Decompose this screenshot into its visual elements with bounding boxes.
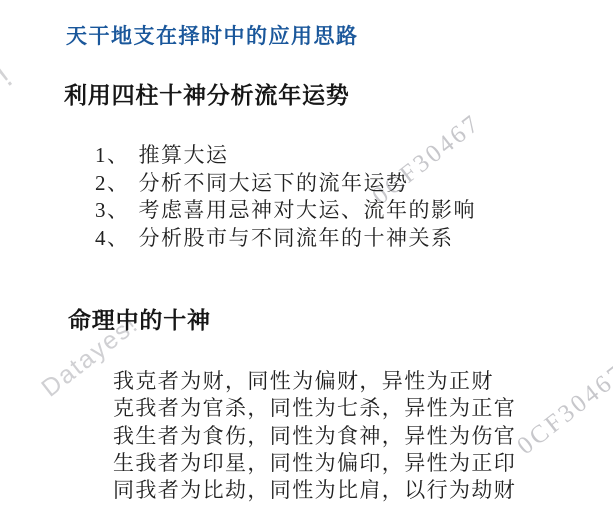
list-item-text: 推算大运 (139, 143, 229, 167)
paragraph-line: 同我者为比劫，同性为比肩，以行为劫财 (113, 477, 516, 504)
list-item: 3、考虑喜用忌神对大运、流年的影响 (95, 197, 476, 225)
list-item: 1、推算大运 (95, 142, 476, 170)
paragraph-line: 克我者为官杀，同性为七杀，异性为正官 (113, 395, 516, 422)
list-item-number: 3、 (95, 198, 130, 222)
page-title: 天干地支在择时中的应用思路 (66, 20, 359, 50)
section-heading-ten-gods: 命理中的十神 (68, 302, 211, 335)
list-item-number: 1、 (95, 143, 130, 167)
list-item-text: 分析股市与不同流年的十神关系 (139, 226, 454, 250)
list-item: 4、分析股市与不同流年的十神关系 (95, 225, 476, 253)
list-item: 2、分析不同大运下的流年运势 (95, 170, 476, 198)
paragraph-line: 生我者为印星，同性为偏印，异性为正印 (113, 450, 516, 477)
list-item-number: 2、 (95, 171, 130, 195)
numbered-list: 1、推算大运 2、分析不同大运下的流年运势 3、考虑喜用忌神对大运、流年的影响 … (95, 142, 476, 252)
paragraph-line: 我生者为食伤，同性为食神，异性为伤官 (113, 423, 516, 450)
list-item-text: 考虑喜用忌神对大运、流年的影响 (139, 198, 477, 222)
paragraph-line: 我克者为财，同性为偏财，异性为正财 (113, 368, 516, 395)
section-heading-annual-fortune: 利用四柱十神分析流年运势 (64, 77, 350, 110)
ten-gods-paragraph: 我克者为财，同性为偏财，异性为正财 克我者为官杀，同性为七杀，异性为正官 我生者… (113, 368, 516, 504)
list-item-number: 4、 (95, 226, 130, 250)
watermark-fragment: ! (0, 59, 19, 94)
document-page: ! 0CF30467 Datayes! 0CF30467 天干地支在择时中的应用… (0, 0, 613, 529)
watermark-user-id-bottom: 0CF30467 (500, 350, 613, 471)
list-item-text: 分析不同大运下的流年运势 (139, 171, 409, 195)
